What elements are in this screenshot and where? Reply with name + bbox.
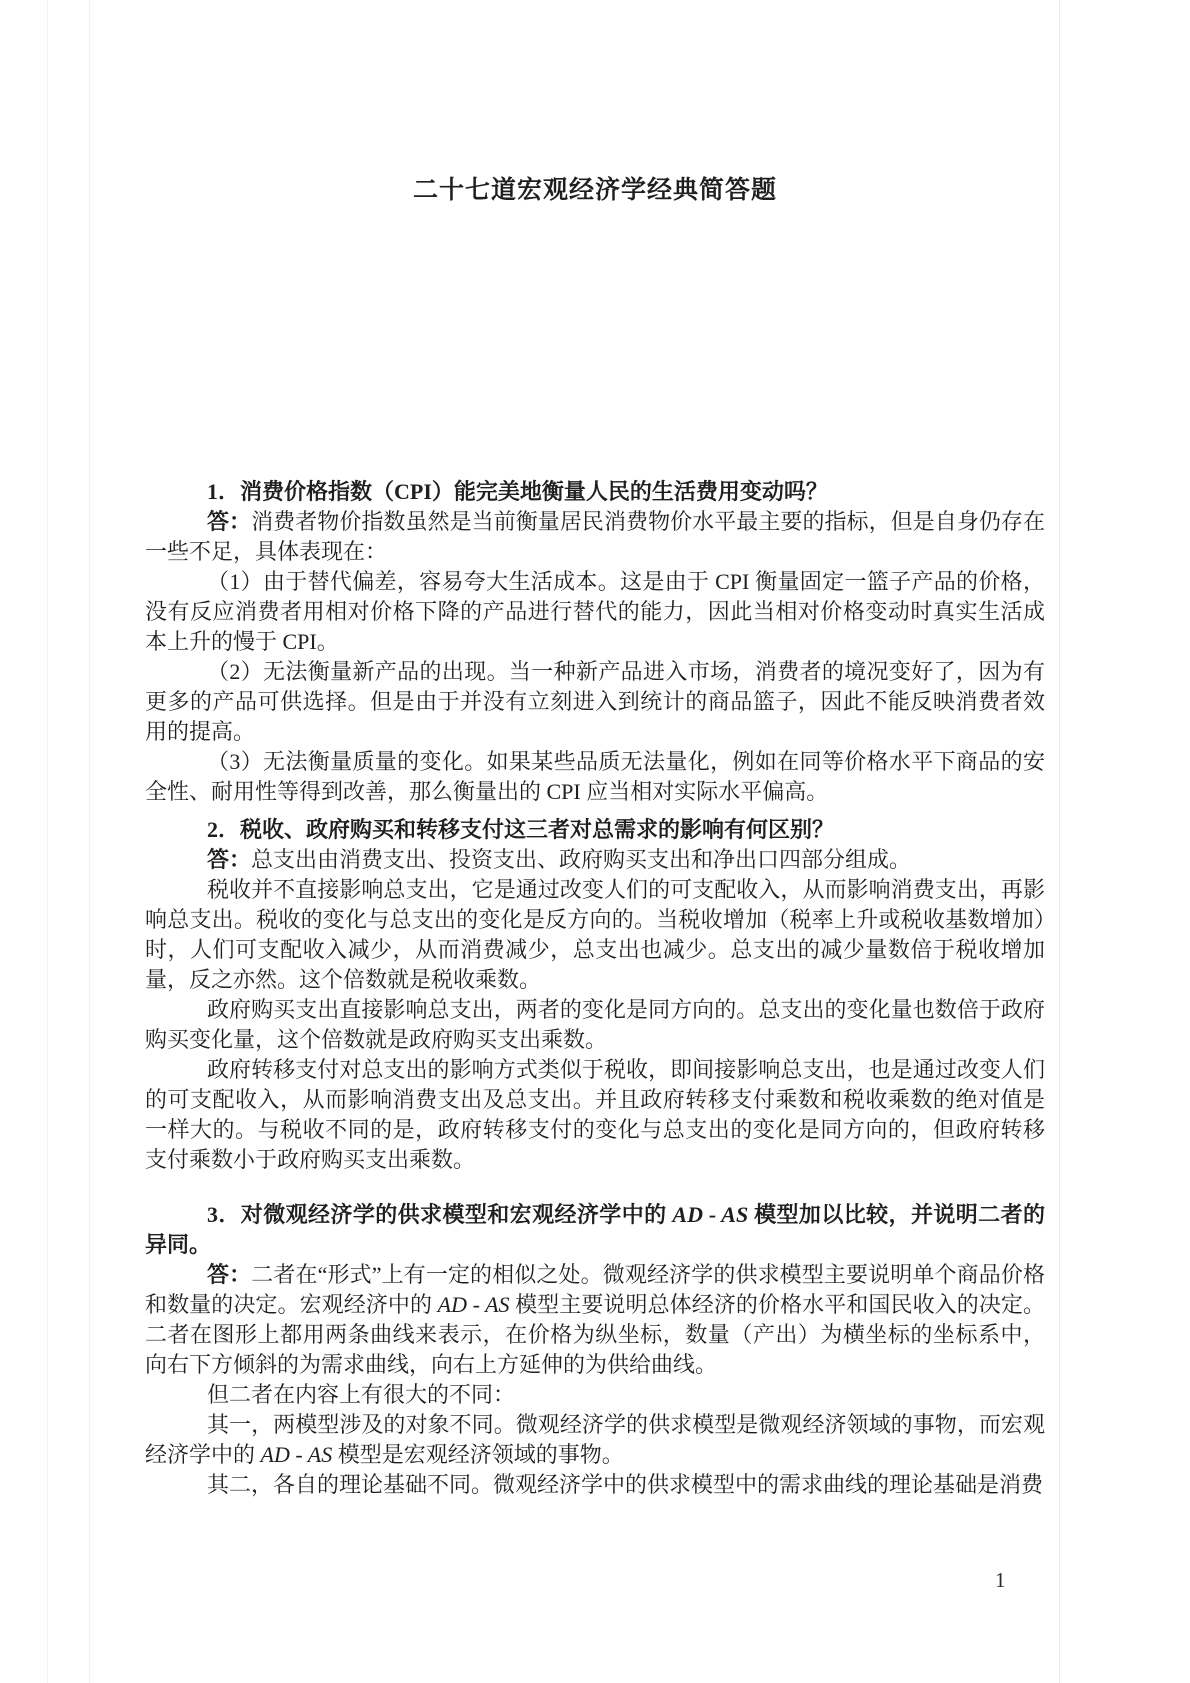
question-3-answer-paragraph: 答：二者在“形式”上有一定的相似之处。微观经济学的供求模型主要说明单个商品价格和… bbox=[145, 1260, 1045, 1380]
question-2-transfer-payment-paragraph: 政府转移支付对总支出的影响方式类似于税收，即间接影响总支出，也是通过改变人们的可… bbox=[145, 1055, 1045, 1175]
question-3-first-point-paragraph: 其一，两模型涉及的对象不同。微观经济学的供求模型是微观经济领域的事物，而宏观经济… bbox=[145, 1410, 1045, 1470]
document-page: 二十七道宏观经济学经典简答题 1．消费价格指数（CPI）能完美地衡量人民的生活费… bbox=[0, 0, 1190, 1683]
question-2-answer-paragraph: 答：总支出由消费支出、投资支出、政府购买支出和净出口四部分组成。 bbox=[145, 845, 1045, 875]
scan-artifact-line-left-2 bbox=[89, 0, 90, 1683]
question-3-second-point-paragraph: 其二，各自的理论基础不同。微观经济学中的供求模型中的需求曲线的理论基础是消费 bbox=[145, 1470, 1045, 1500]
answer-intro-text: 消费者物价指数虽然是当前衡量居民消费物价水平最主要的指标，但是自身仍存在一些不足… bbox=[145, 509, 1045, 564]
question-3-difference-paragraph: 但二者在内容上有很大的不同： bbox=[145, 1380, 1045, 1410]
first-point-text-post: 模型是宏观经济领域的事物。 bbox=[332, 1442, 624, 1467]
answer-intro-text: 总支出由消费支出、投资支出、政府购买支出和净出口四部分组成。 bbox=[251, 847, 911, 872]
question-1-point-3: （3）无法衡量质量的变化。如果某些品质无法量化，例如在同等价格水平下商品的安全性… bbox=[145, 747, 1045, 807]
math-ad-as: AD - AS bbox=[672, 1202, 748, 1227]
text-column: 二十七道宏观经济学经典简答题 1．消费价格指数（CPI）能完美地衡量人民的生活费… bbox=[145, 176, 1045, 1500]
question-1-point-1: （1）由于替代偏差，容易夸大生活成本。这是由于 CPI 衡量固定一篮子产品的价格… bbox=[145, 567, 1045, 657]
question-1-point-2: （2）无法衡量新产品的出现。当一种新产品进入市场，消费者的境况变好了，因为有更多… bbox=[145, 657, 1045, 747]
scan-artifact-line-left-1 bbox=[47, 0, 48, 1683]
question-2-government-purchase-paragraph: 政府购买支出直接影响总支出，两者的变化是同方向的。总支出的变化量也数倍于政府购买… bbox=[145, 995, 1045, 1055]
answer-label: 答： bbox=[207, 847, 251, 872]
document-title: 二十七道宏观经济学经典简答题 bbox=[145, 176, 1045, 206]
question-2-tax-paragraph: 税收并不直接影响总支出，它是通过改变人们的可支配收入，从而影响消费支出，再影响总… bbox=[145, 875, 1045, 995]
question-1-heading: 1．消费价格指数（CPI）能完美地衡量人民的生活费用变动吗？ bbox=[145, 477, 1045, 507]
answer-label: 答： bbox=[207, 1262, 251, 1287]
question-2-heading: 2．税收、政府购买和转移支付这三者对总需求的影响有何区别？ bbox=[145, 815, 1045, 845]
scan-artifact-line-right bbox=[1059, 0, 1060, 1683]
page-number: 1 bbox=[995, 1566, 1006, 1594]
question-3-heading: 3．对微观经济学的供求模型和宏观经济学中的 AD - AS 模型加以比较，并说明… bbox=[145, 1200, 1045, 1260]
answer-label: 答： bbox=[207, 509, 251, 534]
heading-text-pre: 3．对微观经济学的供求模型和宏观经济学中的 bbox=[207, 1202, 672, 1227]
question-1-answer-paragraph: 答：消费者物价指数虽然是当前衡量居民消费物价水平最主要的指标，但是自身仍存在一些… bbox=[145, 507, 1045, 567]
math-ad-as: AD - AS bbox=[438, 1292, 510, 1317]
question-1-section: 1．消费价格指数（CPI）能完美地衡量人民的生活费用变动吗？ 答：消费者物价指数… bbox=[145, 477, 1045, 807]
question-3-section: 3．对微观经济学的供求模型和宏观经济学中的 AD - AS 模型加以比较，并说明… bbox=[145, 1200, 1045, 1500]
question-2-section: 2．税收、政府购买和转移支付这三者对总需求的影响有何区别？ 答：总支出由消费支出… bbox=[145, 815, 1045, 1175]
math-ad-as: AD - AS bbox=[261, 1442, 333, 1467]
